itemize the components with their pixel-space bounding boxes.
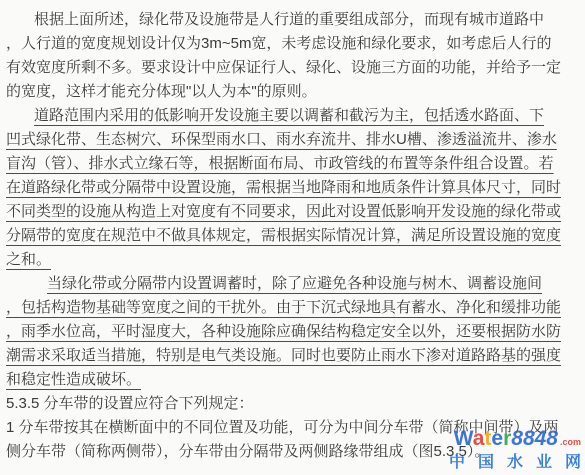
text-line: 分隔带的宽度在规范中不做具体规定，需根据实际情况计算，满足所设置设施的宽度 [6,224,580,248]
line-text: 之和。 [6,251,51,268]
line-text: 分隔带的宽度在规范中不做具体规定，需根据实际情况计算，满足所设置设施的宽度 [6,227,561,244]
line-text: 有效宽度所剩不多。要求设计中应保证行人、绿化、设施三方面的功能，并给予一定 [6,59,561,76]
line-text: 的宽度，这样才能充分体现"以人为本"的原则。 [6,83,317,100]
line-text: 盲沟（管）、排水式立缘石等，根据断面布局、市政管线的布置等条件组合设置。若 [6,155,554,172]
line-text: 道路范围内采用的低影响开发设施主要以调蓄和截污为主，包括透水路面、下 [34,107,544,124]
text-line: 潮需求采取适当措施，特别是电气类设施。同时也要防止雨水下渗对道路路基的强度 [6,344,580,368]
document-page: 根据上面所述，绿化带及设施带是人行道的重要组成部分，而现有城市道路中 ，人行道的… [0,0,585,475]
line-text: 侧分车带（简称两侧带），分车带由分隔带及两侧路缘带组成（图5.3.5）。 [6,443,489,460]
line-text: 不同类型的设施从构造上对宽度有不同要求，因此对设置低影响开发设施的绿化带或 [6,203,561,220]
text-line: 凹式绿化带、生态树穴、环保型雨水口、雨水弃流井、排水U槽、渗透溢流井、渗水 [6,128,580,152]
line-text: 潮需求采取适当措施，特别是电气类设施。同时也要防止雨水下渗对道路路基的强度 [6,347,561,364]
text-line: 在道路绿化带或分隔带中设置设施，需根据当地降雨和地质条件计算具体尺寸，同时 [6,176,580,200]
text-line: 根据上面所述，绿化带及设施带是人行道的重要组成部分，而现有城市道路中 [6,8,580,32]
line-text: 凹式绿化带、生态树穴、环保型雨水口、雨水弃流井、排水U槽、渗透溢流井、渗水 [6,131,557,148]
line-text: ，包括构造物基础等宽度之间的干扰外。由于下沉式绿地具有蓄水、净化和缓排功能 [6,299,561,316]
text-line: 盲沟（管）、排水式立缘石等，根据断面布局、市政管线的布置等条件组合设置。若 [6,152,580,176]
text-line: ，人行道的宽度规划设计仅为3m~5m宽，未考虑设施和绿化要求，如考虑后人行的 [6,32,580,56]
line-text: ，雨季水位高，平时湿度大，各种设施除应确保结构稳定安全以外，还要根据防水防 [6,323,561,340]
text-line: 1 分车带按其在横断面中的不同位置及功能，可分为中间分车带（简称中间带）及两 [6,416,580,440]
line-text: 和稳定性造成破坏。 [6,371,141,388]
section-heading: 5.3.5 分车带的设置应符合下列规定： [6,392,580,416]
text-line: ，包括构造物基础等宽度之间的干扰外。由于下沉式绿地具有蓄水、净化和缓排功能 [6,296,580,320]
text-line: 不同类型的设施从构造上对宽度有不同要求，因此对设置低影响开发设施的绿化带或 [6,200,580,224]
line-text: 当绿化带或分隔带内设置调蓄时，除了应避免各种设施与树木、调蓄设施间 [47,275,542,292]
line-text: 在道路绿化带或分隔带中设置设施，需根据当地降雨和地质条件计算具体尺寸，同时 [6,179,561,196]
text-line: 道路范围内采用的低影响开发设施主要以调蓄和截污为主，包括透水路面、下 [6,104,580,128]
text-line: 有效宽度所剩不多。要求设计中应保证行人、绿化、设施三方面的功能，并给予一定 [6,56,580,80]
line-text: 5.3.5 分车带的设置应符合下列规定： [6,395,254,412]
line-text: 1 分车带按其在横断面中的不同位置及功能，可分为中间分车带（简称中间带）及两 [6,419,559,436]
text-line: 的宽度，这样才能充分体现"以人为本"的原则。 [6,80,580,104]
text-line: ，雨季水位高，平时湿度大，各种设施除应确保结构稳定安全以外，还要根据防水防 [6,320,580,344]
text-line: 之和。 [6,248,580,272]
line-text: ，人行道的宽度规划设计仅为3m~5m宽，未考虑设施和绿化要求，如考虑后人行的 [6,35,551,52]
text-line: 侧分车带（简称两侧带），分车带由分隔带及两侧路缘带组成（图5.3.5）。 [6,440,580,464]
line-text: 根据上面所述，绿化带及设施带是人行道的重要组成部分，而现有城市道路中 [34,11,544,28]
text-line: 和稳定性造成破坏。 [6,368,580,392]
text-line: 当绿化带或分隔带内设置调蓄时，除了应避免各种设施与树木、调蓄设施间 [6,272,580,296]
